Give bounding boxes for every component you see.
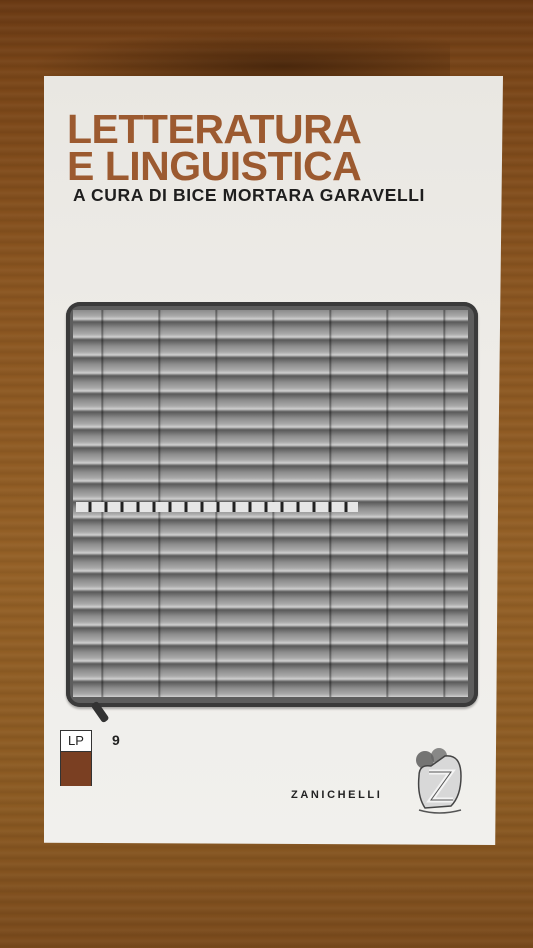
series-number: 9 bbox=[112, 732, 120, 748]
printing-plate-illustration bbox=[66, 302, 478, 707]
series-label: LP bbox=[61, 731, 91, 752]
zanichelli-crest-emblem-icon bbox=[411, 746, 467, 816]
title-line-2: E LINGUISTICA bbox=[67, 148, 361, 185]
publisher-name: ZANICHELLI bbox=[291, 789, 382, 801]
series-badge: LP bbox=[60, 730, 92, 786]
book-cover: LETTERATURA E LINGUISTICA A CURA DI BICE… bbox=[44, 76, 503, 845]
plate-spacer-row bbox=[76, 502, 358, 512]
book-title: LETTERATURA E LINGUISTICA bbox=[67, 111, 361, 185]
book-editor-credit: A CURA DI BICE MORTARA GARAVELLI bbox=[73, 185, 425, 206]
series-color-swatch bbox=[61, 752, 91, 786]
